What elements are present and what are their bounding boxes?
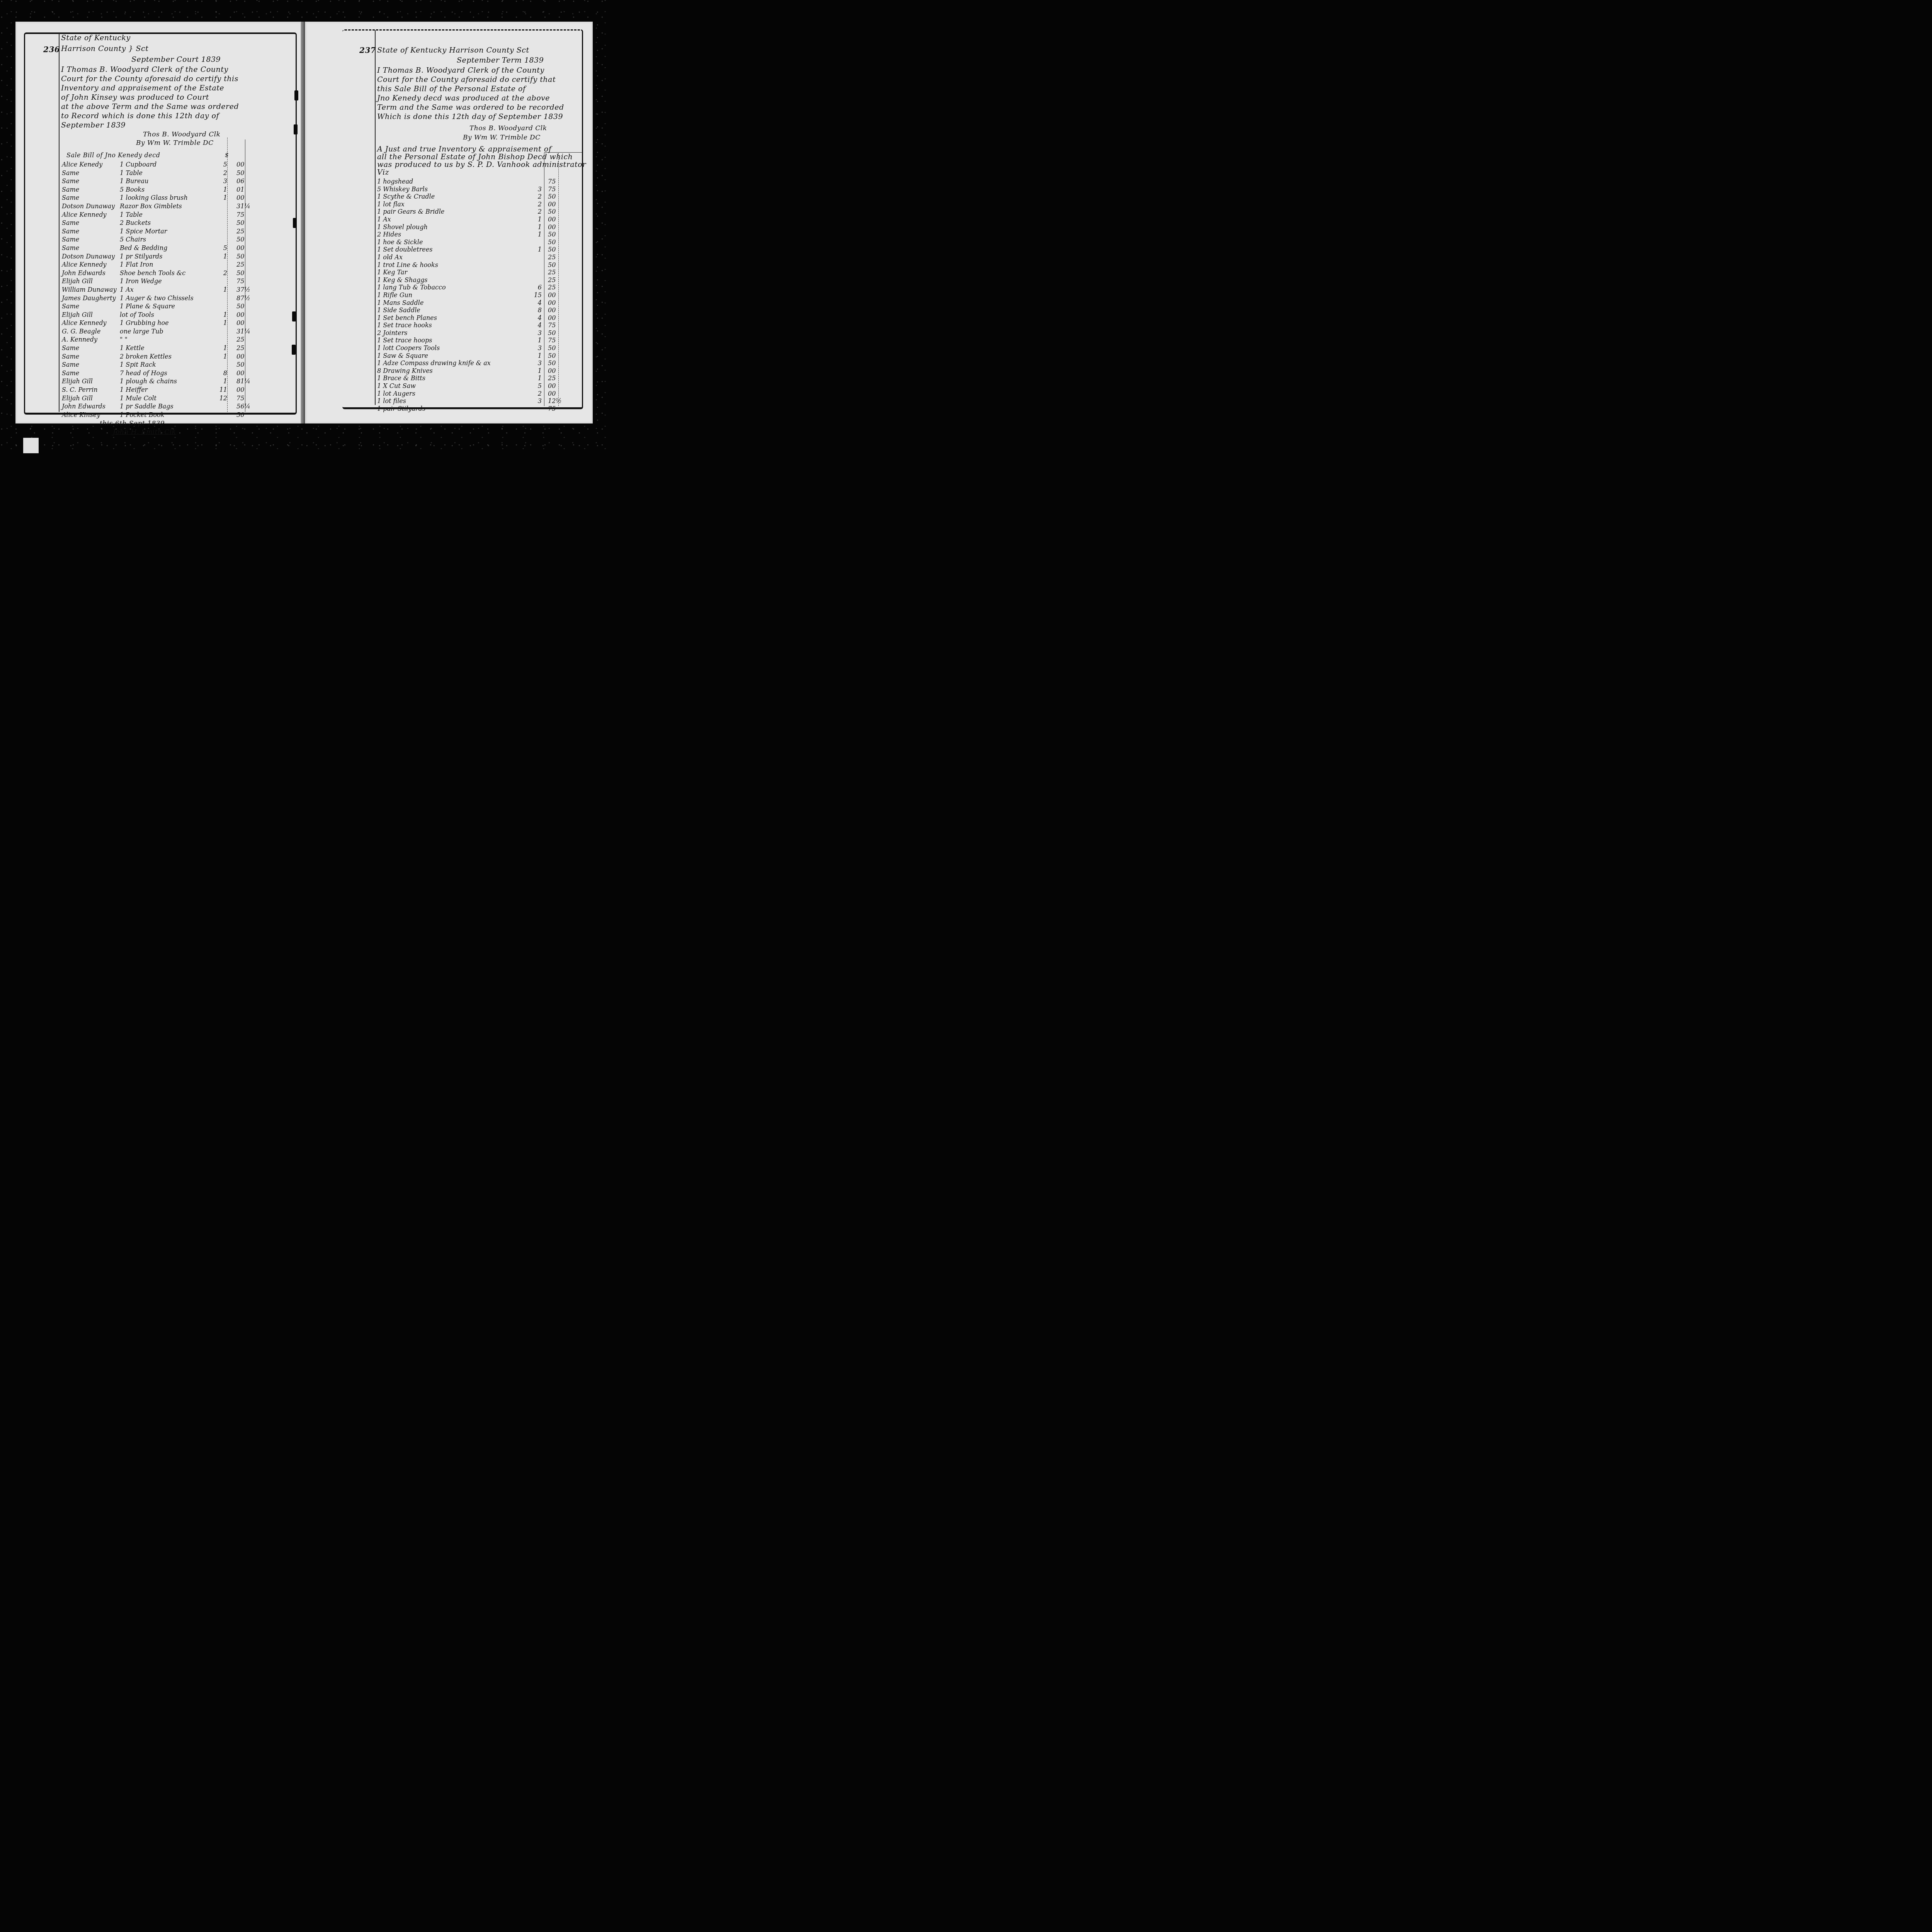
buyer-name: Same (62, 369, 79, 377)
item-description: 1 lot Augers (377, 390, 415, 397)
item-description: 1 Kettle (120, 344, 145, 352)
buyer-name: Dotson Dunaway (62, 202, 115, 210)
amount-dollars: 1 (217, 353, 227, 360)
item-description: 1 looking Glass brush (120, 194, 188, 201)
text-line: A Just and true Inventory & appraisement… (377, 145, 586, 153)
text-line: Inventory and appraisement of the Estate (61, 83, 239, 93)
ledger-row: Same2 Buckets50 (62, 219, 294, 228)
amount-cents: 50 (236, 361, 252, 368)
text-line: Court for the County aforesaid do certif… (61, 74, 239, 83)
amount-dollars: 15 (532, 291, 542, 299)
item-description: 1 Grubbing hoe (120, 319, 169, 327)
film-frame-marker (23, 438, 39, 453)
buyer-name: Same (62, 353, 79, 360)
buyer-name: William Dunaway (62, 286, 117, 293)
amount-dollars: 2 (532, 208, 542, 215)
ledger-row: Alice Kinsey1 Pocket Book50 (62, 411, 294, 420)
right-margin-rule (375, 30, 376, 405)
ledger-row: Same1 looking Glass brush100 (62, 194, 294, 202)
amount-cents: 00 (548, 390, 563, 397)
amount-cents: 25 (548, 284, 563, 291)
film-registration-mark (294, 90, 298, 100)
certificate-text: I Thomas B. Woodyard Clerk of the County… (377, 66, 564, 121)
amount-cents: 25 (548, 253, 563, 261)
amount-dollars: 1 (532, 216, 542, 223)
amount-cents: 00 (548, 299, 563, 306)
amount-dollars: 5 (217, 161, 227, 168)
amount-cents: 25 (236, 336, 252, 343)
item-description: one large Tub (120, 328, 163, 335)
ledger-row: Same1 Bureau306 (62, 177, 294, 186)
ledger-row: 1 old Ax25 (377, 253, 586, 261)
ledger-row: William Dunaway1 Ax137½ (62, 286, 294, 294)
text-line: Term and the Same was ordered to be reco… (377, 103, 564, 112)
ledger-row: Elijah Gill1 plough & chains181¼ (62, 378, 294, 386)
item-description: 1 Saw & Square (377, 352, 428, 359)
ledger-row: 1 Side Saddle800 (377, 306, 586, 314)
amount-dollars: 3 (532, 185, 542, 193)
sale-bill-entries: Alice Kenedy1 Cupboard500Same1 Table250S… (62, 161, 294, 419)
ledger-row: Same1 Table250 (62, 169, 294, 178)
amount-cents: 37½ (236, 286, 252, 293)
text-line: Which is done this 12th day of September… (377, 112, 564, 121)
item-description: 1 pair Gears & Bridle (377, 208, 444, 215)
ledger-row: 1 hoe & Sickle50 (377, 238, 586, 246)
item-description: 1 Auger & two Chissels (120, 294, 194, 302)
ledger-row: 1 hogshead75 (377, 178, 586, 185)
item-description: 1 Set trace hooks (377, 321, 432, 329)
amount-cents: 00 (548, 314, 563, 321)
amount-cents: 50 (236, 236, 252, 243)
amount-cents: 00 (236, 244, 252, 252)
item-description: 1 Rifle Gun (377, 291, 412, 299)
amount-dollars: 1 (217, 253, 227, 260)
item-description: 1 Bureau (120, 177, 148, 185)
item-description: 1 trot Line & hooks (377, 261, 438, 269)
amount-cents: 75 (548, 185, 563, 193)
item-description: 1 Side Saddle (377, 306, 420, 314)
ledger-row: 1 X Cut Saw500 (377, 382, 586, 390)
ledger-row: Alice Kennedy1 Table75 (62, 211, 294, 219)
item-description: 1 lang Tub & Tobacco (377, 284, 446, 291)
buyer-name: Alice Kennedy (62, 211, 107, 218)
buyer-name: Alice Kennedy (62, 261, 107, 268)
item-description: 1 Flat Iron (120, 261, 153, 268)
amount-cents: 75 (548, 178, 563, 185)
buyer-name: Same (62, 361, 79, 368)
film-registration-mark (293, 218, 297, 228)
closing-clerk-signature: John H. Smith Clk (113, 428, 176, 436)
ledger-row: Same5 Books101 (62, 186, 294, 194)
amount-cents: 00 (548, 201, 563, 208)
film-registration-mark (292, 345, 296, 355)
amount-cents: 50 (236, 411, 252, 418)
amount-cents: 75 (548, 337, 563, 344)
ledger-row: S. C. Perrin1 Heiffer1100 (62, 386, 294, 395)
amount-cents: 25 (236, 228, 252, 235)
ledger-row: Dotson DunawayRazor Box Gimblets31¼ (62, 202, 294, 211)
deputy-signature: By Wm W. Trimble DC (136, 139, 214, 147)
amount-dollars: 2 (532, 193, 542, 200)
text-line: at the above Term and the Same was order… (61, 102, 239, 111)
buyer-name: Same (62, 186, 79, 193)
buyer-name: S. C. Perrin (62, 386, 98, 393)
item-description: 1 Ax (377, 216, 391, 223)
inventory-intro: A Just and true Inventory & appraisement… (377, 145, 586, 176)
ledger-row: 1 trot Line & hooks50 (377, 261, 586, 269)
item-description: 1 Scythe & Cradle (377, 193, 435, 200)
amount-cents: 12½ (548, 397, 563, 405)
item-description: 2 Jointers (377, 329, 408, 337)
buyer-name: Same (62, 219, 79, 226)
item-description: 1 hogshead (377, 178, 413, 185)
buyer-name: G. G. Beagle (62, 328, 100, 335)
amount-dollars: 12 (217, 395, 227, 402)
amount-cents: 31¼ (236, 202, 252, 210)
text-line: Viz (377, 168, 586, 176)
item-description: 2 Hides (377, 231, 401, 238)
ledger-row: 1 Mans Saddle400 (377, 299, 586, 307)
amount-dollars: 1 (532, 374, 542, 382)
amount-dollars: 5 (532, 382, 542, 389)
amount-cents: 75 (236, 395, 252, 402)
item-description: 1 Keg & Shaggs (377, 276, 427, 284)
amount-cents: 01 (236, 186, 252, 193)
amount-cents: 25 (236, 344, 252, 352)
ledger-row: 1 lot flax200 (377, 201, 586, 208)
buyer-name: Dotson Dunaway (62, 253, 115, 260)
amount-cents: 50 (236, 303, 252, 310)
item-description: 5 Chairs (120, 236, 146, 243)
amount-cents: 31¼ (236, 328, 252, 335)
gutter-crease (304, 22, 304, 423)
amount-cents: 50 (236, 169, 252, 177)
ledger-row: 1 Keg Tar25 (377, 269, 586, 276)
buyer-name: Alice Kennedy (62, 319, 107, 327)
ledger-row: Dotson Dunaway1 pr Stilyards150 (62, 253, 294, 261)
certificate-text: I Thomas B. Woodyard Clerk of the County… (61, 65, 239, 130)
amount-dollars: 1 (532, 337, 542, 344)
amount-dollars: 1 (532, 223, 542, 231)
item-description: Bed & Bedding (120, 244, 167, 252)
buyer-name: A. Kennedy (62, 336, 97, 343)
amount-cents: 00 (236, 161, 252, 168)
ledger-row: Same7 head of Hogs800 (62, 369, 294, 378)
amount-cents: 50 (236, 219, 252, 226)
item-description: 1 Set doubletrees (377, 246, 432, 253)
item-description: 1 plough & chains (120, 378, 177, 385)
buyer-name: Elijah Gill (62, 311, 93, 318)
buyer-name: Same (62, 228, 79, 235)
buyer-name: John Edwards (62, 269, 105, 277)
item-description: 1 Spice Mortar (120, 228, 167, 235)
item-description: 1 Adze Compass drawing knife & ax (377, 359, 491, 367)
amount-cents: 00 (548, 382, 563, 389)
amount-cents: 75 (548, 321, 563, 329)
buyer-name: James Daugherty (62, 294, 116, 302)
ledger-row: 1 Brace & Bitts125 (377, 374, 586, 382)
buyer-name: Same (62, 177, 79, 185)
item-description: 1 Cupboard (120, 161, 156, 168)
item-description: 1 Set bench Planes (377, 314, 437, 321)
inventory-entries: 1 hogshead755 Whiskey Barls3751 Scythe &… (377, 178, 586, 412)
amount-cents: 81¼ (236, 378, 252, 385)
ledger-row: Alice Kennedy1 Flat Iron25 (62, 261, 294, 269)
item-description: 1 lot files (377, 397, 406, 405)
ledger-row: 1 Scythe & Cradle250 (377, 193, 586, 201)
ledger-row: Alice Kennedy1 Grubbing hoe100 (62, 319, 294, 328)
amount-cents: 25 (548, 269, 563, 276)
item-description: 1 Pocket Book (120, 411, 164, 418)
item-description: 1 Heiffer (120, 386, 148, 393)
film-registration-mark (292, 311, 296, 321)
text-line: of John Kinsey was produced to Court (61, 93, 239, 102)
item-description: 1 Shovel plough (377, 223, 428, 231)
amount-cents: 00 (236, 386, 252, 393)
ledger-row: 1 Rifle Gun1500 (377, 291, 586, 299)
amount-dollars: 2 (217, 169, 227, 177)
item-description: 2 broken Kettles (120, 353, 172, 360)
item-description: 1 pr Saddle Bags (120, 403, 173, 410)
item-description: 8 Drawing Knives (377, 367, 433, 374)
item-description: 1 Ax (120, 286, 134, 293)
amount-dollars: 1 (532, 231, 542, 238)
ledger-row: Alice Kenedy1 Cupboard500 (62, 161, 294, 169)
amount-cents: 00 (236, 311, 252, 318)
amount-cents: 50 (548, 246, 563, 253)
buyer-name: Alice Kenedy (62, 161, 102, 168)
amount-dollars: 1 (217, 194, 227, 201)
amount-cents: 00 (236, 369, 252, 377)
item-description: 1 Mule Colt (120, 395, 156, 402)
ledger-row: 1 Set doubletrees150 (377, 246, 586, 253)
amount-dollars: 3 (532, 397, 542, 405)
amount-dollars: 1 (532, 352, 542, 359)
buyer-name: Same (62, 194, 79, 201)
ledger-row: John EdwardsShoe bench Tools &c250 (62, 269, 294, 278)
closing-date: this 6th Sept 1839 (100, 420, 165, 427)
amount-dollars: 2 (532, 201, 542, 208)
amount-dollars: 1 (217, 286, 227, 293)
amount-cents: 50 (548, 193, 563, 200)
left-margin-rule (59, 33, 60, 412)
item-description: 1 Iron Wedge (120, 277, 162, 285)
ledger-row: 1 pair Stilyards75 (377, 405, 586, 413)
ledger-row: James Daugherty1 Auger & two Chissels87½ (62, 294, 294, 303)
ledger-row: 1 Set bench Planes400 (377, 314, 586, 322)
amount-dollars: 1 (217, 311, 227, 318)
amount-dollars: 11 (217, 386, 227, 393)
ledger-row: 1 Set trace hooks475 (377, 321, 586, 329)
amount-cents: 50 (548, 359, 563, 367)
amount-dollars: 1 (532, 246, 542, 253)
ledger-row: SameBed & Bedding500 (62, 244, 294, 253)
clerk-signature: Thos B. Woodyard Clk (469, 124, 547, 132)
buyer-name: Same (62, 303, 79, 310)
buyer-name: Alice Kinsey (62, 411, 100, 418)
item-description: 1 Plane & Square (120, 303, 175, 310)
item-description: 1 old Ax (377, 253, 403, 261)
amount-cents: 00 (548, 291, 563, 299)
amount-cents: 06 (236, 177, 252, 185)
ledger-row: 8 Drawing Knives100 (377, 367, 586, 375)
item-description: 1 Brace & Bitts (377, 374, 425, 382)
text-line: Jno Kenedy decd was produced at the abov… (377, 94, 564, 103)
item-description: 1 Table (120, 211, 143, 218)
court-term: September Term 1839 (457, 56, 544, 65)
amount-cents: 50 (236, 253, 252, 260)
amount-dollars: 1 (217, 319, 227, 327)
amount-dollars: 3 (532, 344, 542, 352)
amount-dollars: 1 (532, 367, 542, 374)
amount-cents: 75 (236, 211, 252, 218)
item-description: 1 X Cut Saw (377, 382, 416, 389)
ledger-row: 1 lang Tub & Tobacco625 (377, 284, 586, 291)
item-description: 1 Set trace hoops (377, 337, 432, 344)
amount-cents: 00 (548, 223, 563, 231)
amount-cents: 50 (548, 344, 563, 352)
text-line: September 1839 (61, 121, 239, 130)
item-description: 1 Mans Saddle (377, 299, 423, 306)
ledger-row: Same1 Spice Mortar25 (62, 228, 294, 236)
film-registration-mark (294, 124, 298, 134)
buyer-name: John Edwards (62, 403, 105, 410)
buyer-name: Same (62, 169, 79, 177)
amount-cents: 75 (548, 405, 563, 412)
folio-number: 236 (43, 45, 60, 54)
buyer-name: Same (62, 236, 79, 243)
text-line: to Record which is done this 12th day of (61, 111, 239, 121)
amount-dollars: 5 (217, 244, 227, 252)
ledger-row: 1 lot Augers200 (377, 390, 586, 398)
amount-cents: 87½ (236, 294, 252, 302)
item-description: 5 Books (120, 186, 145, 193)
venue-line: State of Kentucky Harrison County Sct (377, 46, 529, 55)
ledger-row: John Edwards1 pr Saddle Bags56¼ (62, 403, 294, 411)
amount-cents: 50 (548, 352, 563, 359)
deputy-signature: By Wm W. Trimble DC (463, 134, 541, 141)
ledger-row: G. G. Beagleone large Tub31¼ (62, 328, 294, 336)
amount-cents: 00 (548, 306, 563, 314)
amount-cents: 00 (548, 367, 563, 374)
amount-cents: 50 (548, 231, 563, 238)
amount-cents: 50 (548, 261, 563, 269)
amount-cents: 56¼ (236, 403, 252, 410)
ledger-row: Elijah Gilllot of Tools100 (62, 311, 294, 320)
item-description: " " (120, 336, 128, 343)
buyer-name: Same (62, 344, 79, 352)
amount-cents: 50 (548, 329, 563, 337)
amount-dollars: 1 (217, 344, 227, 352)
amount-dollars: 8 (532, 306, 542, 314)
item-description: Shoe bench Tools &c (120, 269, 185, 277)
ledger-row: 1 Set trace hoops175 (377, 337, 586, 344)
amount-cents: 50 (548, 238, 563, 246)
buyer-name: Same (62, 244, 79, 252)
item-description: 1 pair Stilyards (377, 405, 425, 412)
amount-cents: 50 (236, 269, 252, 277)
amount-cents: 75 (236, 277, 252, 285)
amount-dollars: 4 (532, 314, 542, 321)
amount-cents: 00 (548, 216, 563, 223)
clerk-signature: Thos B. Woodyard Clk (143, 131, 221, 138)
court-term: September Court 1839 (131, 55, 221, 65)
right-page: 237 State of Kentucky Harrison County Sc… (305, 22, 593, 423)
item-description: 1 Spit Rack (120, 361, 156, 368)
ledger-row: Elijah Gill1 Iron Wedge75 (62, 277, 294, 286)
item-description: 1 Table (120, 169, 143, 177)
ledger-row: 1 lot files312½ (377, 397, 586, 405)
buyer-name: Elijah Gill (62, 395, 93, 402)
item-description: 5 Whiskey Barls (377, 185, 428, 193)
amount-dollars: 1 (217, 378, 227, 385)
ledger-row: Same1 Kettle125 (62, 344, 294, 353)
ledger-row: 1 Keg & Shaggs25 (377, 276, 586, 284)
text-line: Court for the County aforesaid do certif… (377, 75, 564, 84)
item-description: 1 lot flax (377, 201, 405, 208)
ledger-row: Elijah Gill1 Mule Colt1275 (62, 395, 294, 403)
text-line: was produced to us by S. P. D. Vanhook a… (377, 161, 586, 168)
ledger-row: 5 Whiskey Barls375 (377, 185, 586, 193)
item-description: lot of Tools (120, 311, 154, 318)
ledger-row: 2 Jointers350 (377, 329, 586, 337)
ledger-row: Same5 Chairs50 (62, 236, 294, 244)
ledger-row: Same2 broken Kettles100 (62, 353, 294, 361)
amount-cents: 25 (548, 374, 563, 382)
folio-number: 237 (359, 46, 376, 55)
amount-dollars: 8 (217, 369, 227, 377)
venue-state: State of Kentucky (61, 33, 131, 43)
item-description: Razor Box Gimblets (120, 202, 182, 210)
amount-dollars: 2 (217, 269, 227, 277)
amount-dollars: 3 (532, 329, 542, 337)
amount-dollars: 6 (532, 284, 542, 291)
venue-county: Harrison County } Sct (61, 44, 148, 54)
amount-dollars: 4 (532, 299, 542, 306)
buyer-name: Elijah Gill (62, 277, 93, 285)
text-line: all the Personal Estate of John Bishop D… (377, 153, 586, 161)
amount-dollars: 4 (532, 321, 542, 329)
item-description: 1 hoe & Sickle (377, 238, 423, 246)
ledger-row: Same1 Spit Rack50 (62, 361, 294, 369)
dollar-column-header: $ (225, 151, 229, 158)
amount-cents: 25 (548, 276, 563, 284)
item-description: 1 pr Stilyards (120, 253, 163, 260)
ledger-row: 1 lott Coopers Tools350 (377, 344, 586, 352)
text-line: this Sale Bill of the Personal Estate of (377, 84, 564, 94)
amount-dollars: 3 (532, 359, 542, 367)
ledger-row: 1 Adze Compass drawing knife & ax350 (377, 359, 586, 367)
ledger-row: 1 Saw & Square150 (377, 352, 586, 360)
ledger-row: 1 Ax100 (377, 216, 586, 223)
ledger-row: 1 Shovel plough100 (377, 223, 586, 231)
item-description: 1 lott Coopers Tools (377, 344, 440, 352)
amount-cents: 00 (236, 194, 252, 201)
amount-cents: 50 (548, 208, 563, 215)
amount-dollars: 3 (217, 177, 227, 185)
item-description: 2 Buckets (120, 219, 151, 226)
sale-bill-title: Sale Bill of Jno Kenedy decd (66, 151, 160, 159)
amount-cents: 00 (236, 319, 252, 327)
amount-dollars: 2 (532, 390, 542, 397)
ledger-row: 1 pair Gears & Bridle250 (377, 208, 586, 216)
ledger-row: 2 Hides150 (377, 231, 586, 238)
amount-cents: 25 (236, 261, 252, 268)
ledger-row: A. Kennedy" "25 (62, 336, 294, 344)
amount-cents: 00 (236, 353, 252, 360)
amount-dollars: 1 (217, 186, 227, 193)
ledger-row: Same1 Plane & Square50 (62, 303, 294, 311)
